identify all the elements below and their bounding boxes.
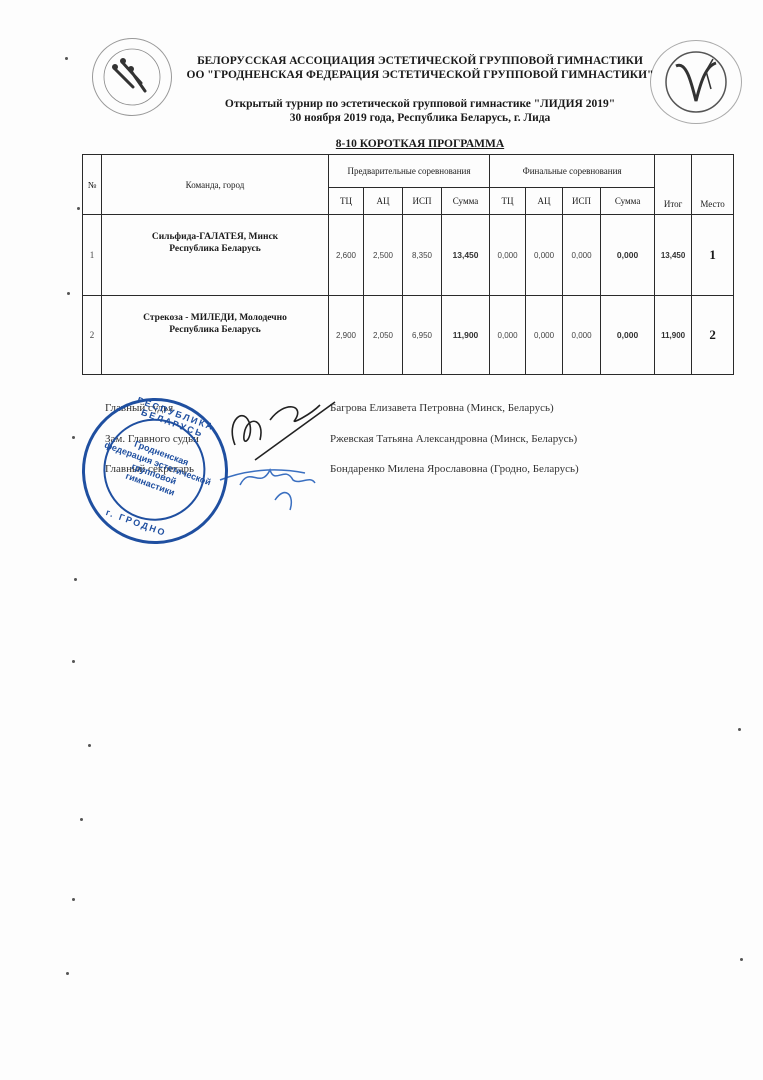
prelim-group-header: Предварительные соревнования [329,155,490,188]
prelim-ac-header: АЦ [364,188,403,215]
official-name-3: Бондаренко Милена Ярославовна (Гродно, Б… [330,463,579,475]
final-sum-header: Сумма [601,188,655,215]
final-tc: 0,000 [490,215,526,296]
place: 2 [692,296,734,375]
final-tc-header: ТЦ [490,188,526,215]
final-tc: 0,000 [490,296,526,375]
row-no: 1 [83,215,102,296]
scan-dot [80,818,83,821]
final-ac: 0,000 [526,215,563,296]
prelim-tc: 2,900 [329,296,364,375]
final-ac: 0,000 [526,296,563,375]
prelim-ac: 2,050 [364,296,403,375]
table-row: 2 Стрекоза - МИЛЕДИ, Молодечно Республик… [83,296,734,375]
scan-dot [72,660,75,663]
scan-dot [88,744,91,747]
scan-dot [738,728,741,731]
team-cell: Стрекоза - МИЛЕДИ, Молодечно Республика … [102,296,329,375]
prelim-isp-header: ИСП [403,188,442,215]
signature-secretary-icon [215,455,335,515]
team-country: Республика Беларусь [102,324,328,336]
team-name: Стрекоза - МИЛЕДИ, Молодечно [102,312,328,324]
prelim-ac: 2,500 [364,215,403,296]
final-isp-header: ИСП [563,188,601,215]
team-country: Республика Беларусь [102,243,328,255]
prelim-sum: 11,900 [442,296,490,375]
org-line-1: БЕЛОРУССКАЯ АССОЦИАЦИЯ ЭСТЕТИЧЕСКОЙ ГРУП… [160,54,680,68]
col-place-header: Место [692,155,734,215]
scan-dot [74,578,77,581]
col-total-header: Итог [655,155,692,215]
prelim-tc: 2,600 [329,215,364,296]
scan-dot [66,972,69,975]
scan-dot [67,292,70,295]
results-table: № Команда, город Предварительные соревно… [82,154,734,375]
scan-dot [740,958,743,961]
final-sum: 0,000 [601,296,655,375]
final-sum: 0,000 [601,215,655,296]
prelim-sum: 13,450 [442,215,490,296]
final-isp: 0,000 [563,215,601,296]
event-date-place: 30 ноября 2019 года, Республика Беларусь… [160,111,680,125]
team-name: Сильфида-ГАЛАТЕЯ, Минск [102,231,328,243]
total: 13,450 [655,215,692,296]
scan-dot [65,57,68,60]
col-no-header: № [83,155,102,215]
official-name-1: Багрова Елизавета Петровна (Минск, Белар… [330,402,554,414]
total: 11,900 [655,296,692,375]
place: 1 [692,215,734,296]
scan-dot [72,436,75,439]
row-no: 2 [83,296,102,375]
table-row: 1 Сильфида-ГАЛАТЕЯ, Минск Республика Бел… [83,215,734,296]
scan-dot [77,207,80,210]
final-isp: 0,000 [563,296,601,375]
team-cell: Сильфида-ГАЛАТЕЯ, Минск Республика Белар… [102,215,329,296]
org-line-2: ОО "ГРОДНЕНСКАЯ ФЕДЕРАЦИЯ ЭСТЕТИЧЕСКОЙ Г… [160,68,680,82]
prelim-tc-header: ТЦ [329,188,364,215]
prelim-sum-header: Сумма [442,188,490,215]
event-title: Открытый турнир по эстетической группово… [160,97,680,111]
final-group-header: Финальные соревнования [490,155,655,188]
program-title: 8-10 КОРОТКАЯ ПРОГРАММА [160,137,680,151]
scan-dot [72,898,75,901]
col-team-header: Команда, город [102,155,329,215]
final-ac-header: АЦ [526,188,563,215]
prelim-isp: 6,950 [403,296,442,375]
official-name-2: Ржевская Татьяна Александровна (Минск, Б… [330,433,577,445]
prelim-isp: 8,350 [403,215,442,296]
